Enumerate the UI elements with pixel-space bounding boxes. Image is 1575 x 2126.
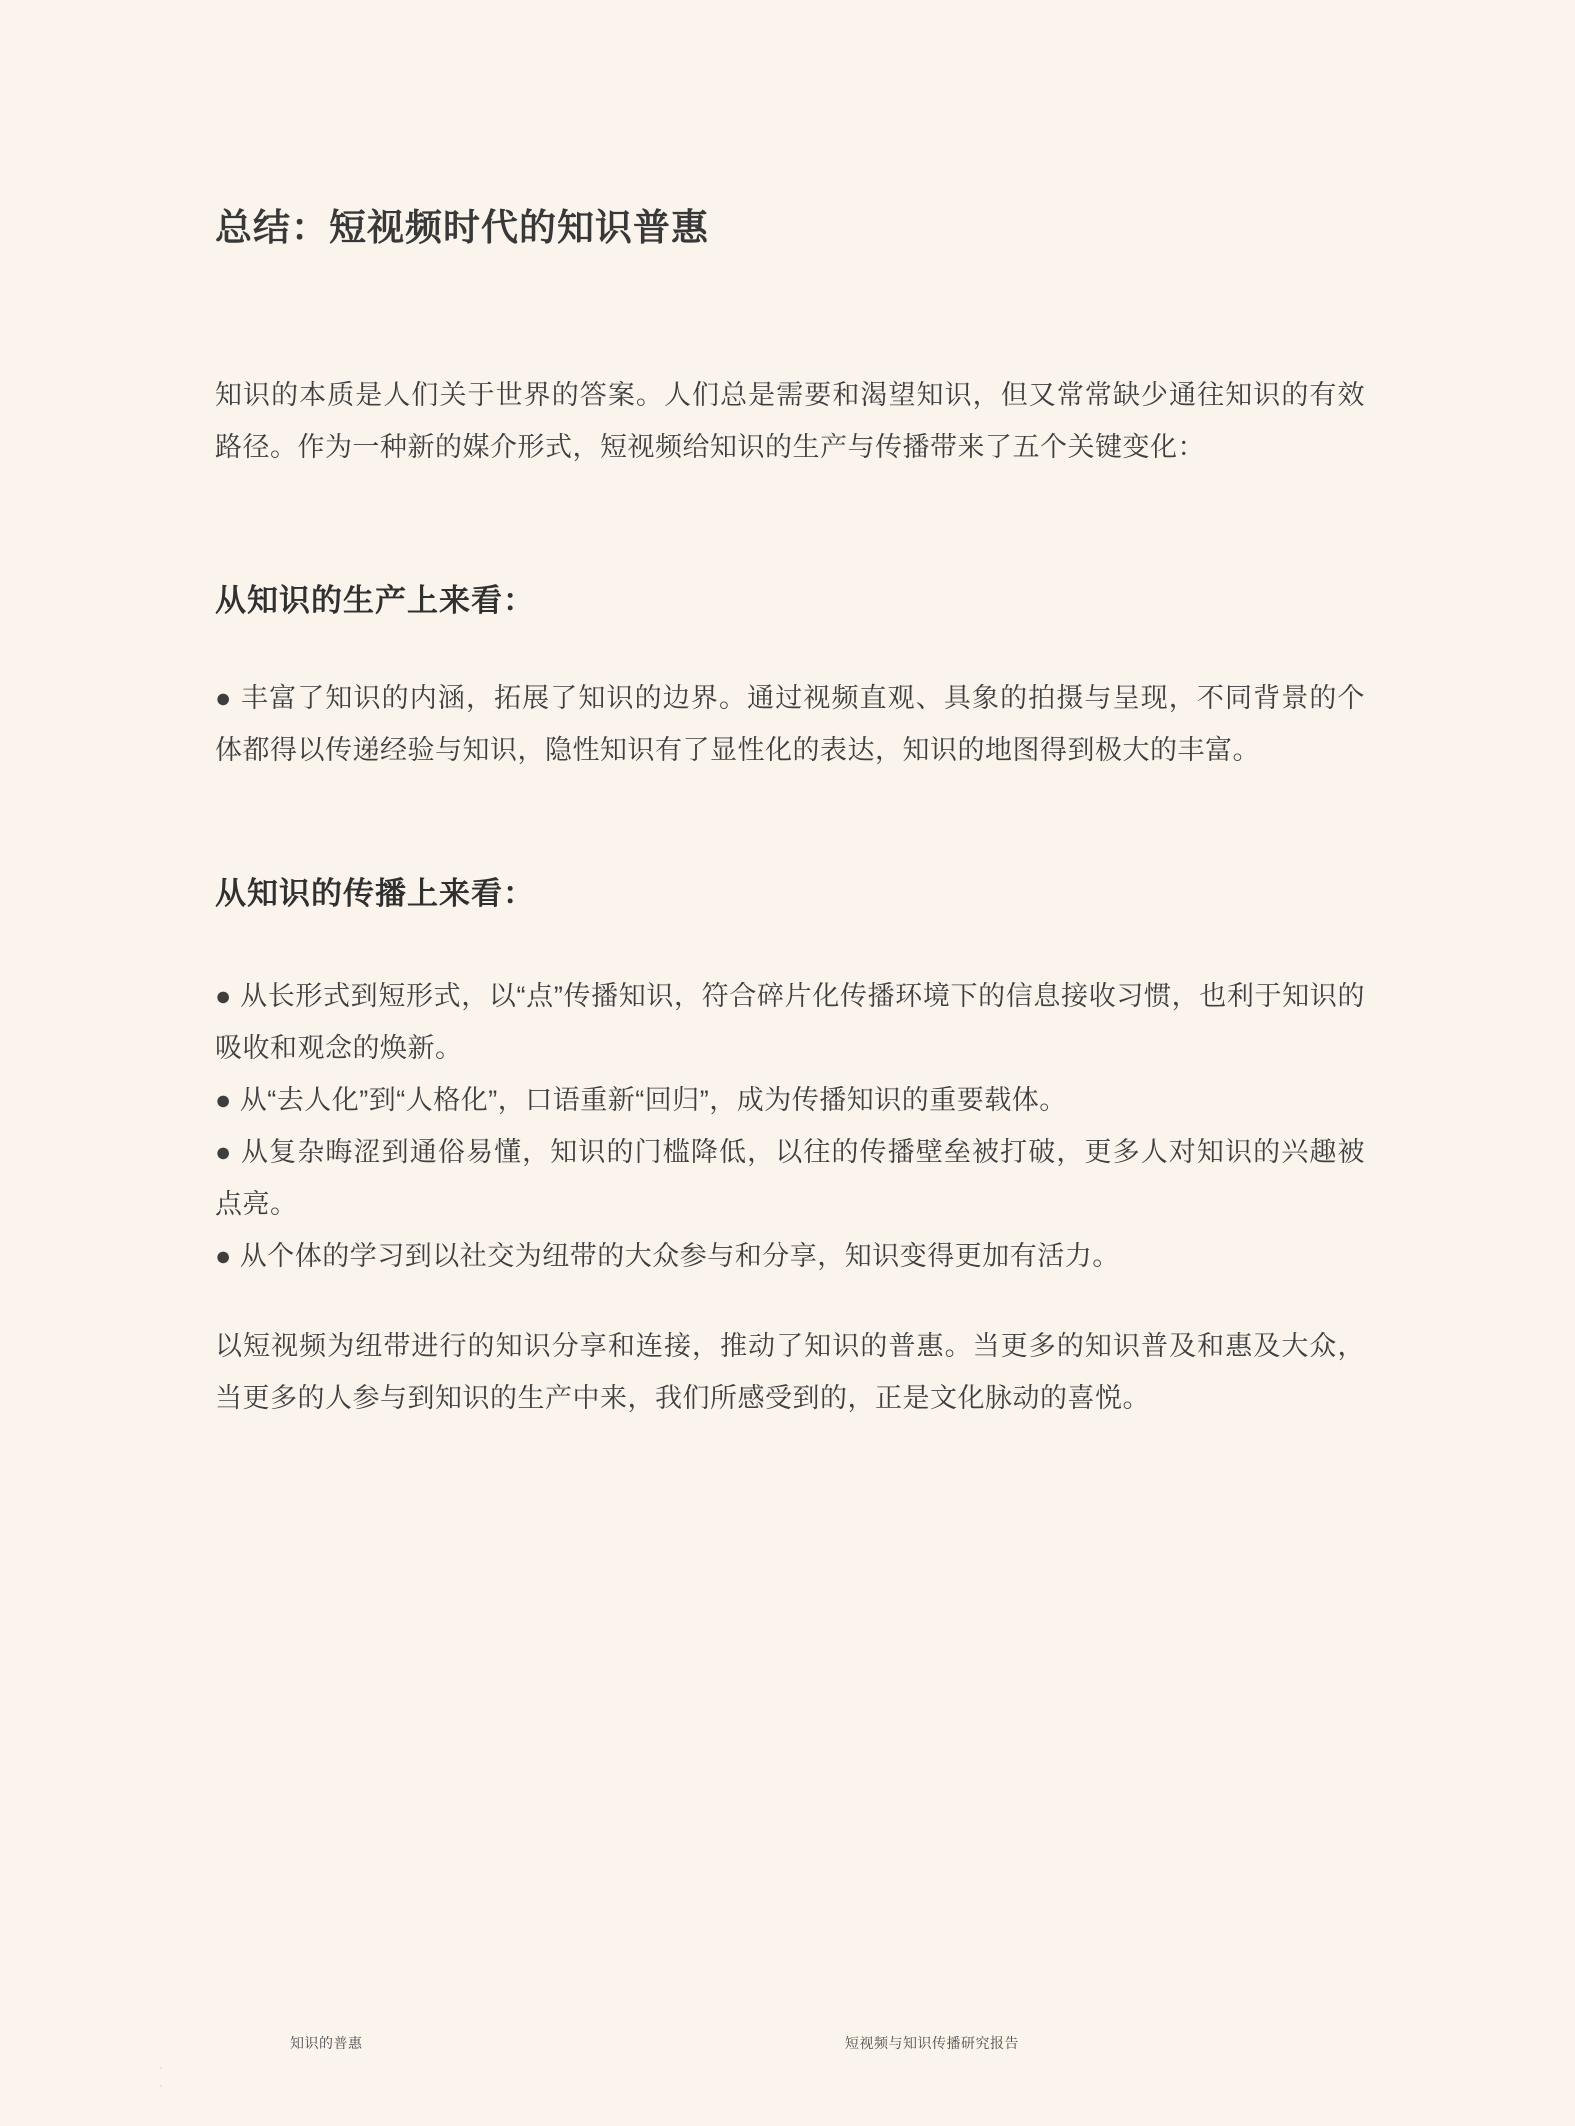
bullet-distribution-1: ● 从长形式到短形式，以“点”传播知识，符合碎片化传播环境下的信息接收习惯，也利… <box>215 970 1365 1074</box>
document-page: 总结：短视频时代的知识普惠 知识的本质是人们关于世界的答案。人们总是需要和渴望知… <box>0 0 1575 2126</box>
bullet-distribution-3: ● 从复杂晦涩到通俗易懂，知识的门槛降低，以往的传播壁垒被打破，更多人对知识的兴… <box>215 1126 1365 1230</box>
intro-paragraph: 知识的本质是人们关于世界的答案。人们总是需要和渴望知识，但又常常缺少通往知识的有… <box>215 369 1365 473</box>
page-title: 总结：短视频时代的知识普惠 <box>215 197 1365 251</box>
bullet-production-1: ● 丰富了知识的内涵，拓展了知识的边界。通过视频直观、具象的拍摄与呈现，不同背景… <box>215 672 1365 776</box>
footer-report-label: 短视频与知识传播研究报告 <box>845 2033 1019 2053</box>
closing-paragraph: 以短视频为纽带进行的知识分享和连接，推动了知识的普惠。当更多的知识普及和惠及大众… <box>215 1320 1365 1424</box>
section-heading-distribution: 从知识的传播上来看： <box>215 868 1365 913</box>
footer-document-label: 知识的普惠 <box>290 2033 363 2053</box>
bullet-distribution-4: ● 从个体的学习到以社交为纽带的大众参与和分享，知识变得更加有活力。 <box>215 1230 1365 1282</box>
page-artifact-dots <box>160 2056 186 2060</box>
bullet-list-distribution: ● 从长形式到短形式，以“点”传播知识，符合碎片化传播环境下的信息接收习惯，也利… <box>215 970 1365 1282</box>
section-heading-production: 从知识的生产上来看： <box>215 575 1365 620</box>
bullet-distribution-2: ● 从“去人化”到“人格化”，口语重新“回归”，成为传播知识的重要载体。 <box>215 1074 1365 1126</box>
